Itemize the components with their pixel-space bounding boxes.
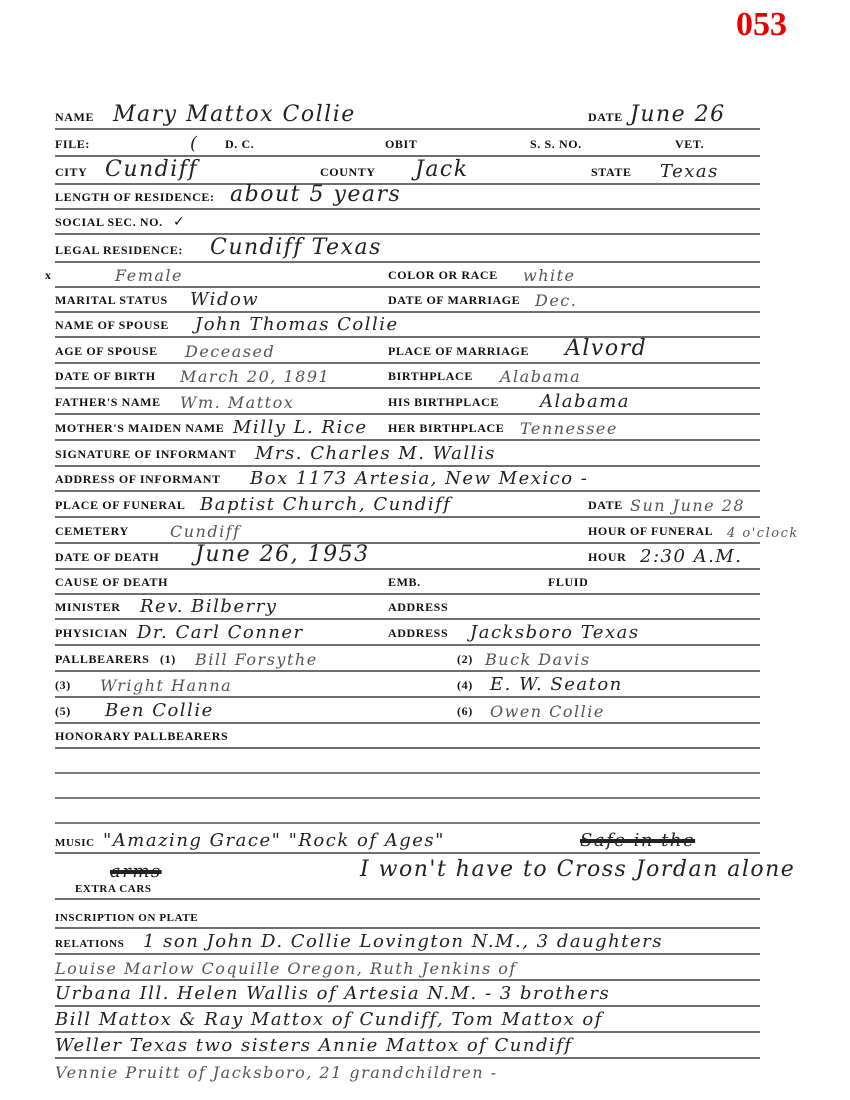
date-of-death-value: June 26, 1953 <box>195 542 370 567</box>
name-row: NAME Mary Mattox Collie DATE June 26 <box>55 103 760 130</box>
relations-row-5: Weller Texas two sisters Annie Mattox of… <box>55 1031 760 1059</box>
pallbearer-1-number: (1) <box>160 652 176 667</box>
place-of-marriage-label: PLACE OF MARRIAGE <box>388 344 529 359</box>
blank-line <box>55 797 760 799</box>
date-of-birth-label: DATE OF BIRTH <box>55 369 156 384</box>
length-of-residence-value: about 5 years <box>230 182 401 207</box>
date-of-death-row: DATE OF DEATH June 26, 1953 HOUR 2:30 A.… <box>55 543 760 570</box>
place-of-marriage-value: Alvord <box>565 336 647 361</box>
extra-cars-label: EXTRA CARS <box>75 883 152 895</box>
music-struck-song: Safe in the <box>580 830 695 851</box>
address-of-informant-label: ADDRESS OF INFORMANT <box>55 472 221 487</box>
inscription-on-plate-label: INSCRIPTION ON PLATE <box>55 912 198 924</box>
pallbearer-4-name: E. W. Seaton <box>490 674 623 695</box>
music-row: MUSIC "Amazing Grace" "Rock of Ages" Saf… <box>55 828 760 854</box>
date-of-marriage-value: Dec. <box>535 291 577 310</box>
music-label: MUSIC <box>55 837 95 849</box>
honorary-pallbearers-label: HONORARY PALLBEARERS <box>55 729 228 744</box>
pallbearer-5-name: Ben Collie <box>105 700 214 721</box>
sex-value: Female <box>115 266 183 285</box>
music-songs-value: "Amazing Grace" "Rock of Ages" <box>103 830 445 851</box>
minister-label: MINISTER <box>55 600 120 615</box>
date-of-birth-value: March 20, 1891 <box>180 367 330 386</box>
file-label: FILE: <box>55 137 90 152</box>
name-label: NAME <box>55 110 94 125</box>
emb-label: EMB. <box>388 575 421 590</box>
relations-line-5: Weller Texas two sisters Annie Mattox of… <box>55 1035 573 1056</box>
sex-label: x <box>45 268 52 283</box>
relations-line-6: Vennie Pruitt of Jacksboro, 21 grandchil… <box>55 1063 497 1082</box>
city-label: CITY <box>55 165 87 180</box>
date-value: June 26 <box>630 102 726 127</box>
checkmark-icon: ✓ <box>173 214 185 230</box>
name-of-spouse-label: NAME OF SPOUSE <box>55 318 169 333</box>
relations-row-3: Urbana Ill. Helen Wallis of Artesia N.M.… <box>55 979 760 1007</box>
state-label: STATE <box>591 165 632 180</box>
funeral-record-form: NAME Mary Mattox Collie DATE June 26 FIL… <box>0 0 850 1100</box>
cemetery-row: CEMETERY Cundiff HOUR OF FUNERAL 4 o'clo… <box>55 517 760 544</box>
pallbearer-4-number: (4) <box>457 678 473 693</box>
marital-status-value: Widow <box>190 289 259 310</box>
ss-no-label: S. S. NO. <box>530 137 582 152</box>
pallbearer-6-name: Owen Collie <box>490 702 605 721</box>
place-of-funeral-row: PLACE OF FUNERAL Baptist Church, Cundiff… <box>55 491 760 518</box>
physician-label: PHYSICIAN <box>55 626 128 641</box>
pallbearers-row-1: PALLBEARERS (1) Bill Forsythe (2) Buck D… <box>55 645 760 672</box>
minister-value: Rev. Bilberry <box>140 596 277 617</box>
pallbearer-3-name: Wright Hanna <box>100 676 232 695</box>
pallbearers-row-3: (5) Ben Collie (6) Owen Collie <box>55 697 760 724</box>
place-of-funeral-label: PLACE OF FUNERAL <box>55 498 186 513</box>
vet-label: VET. <box>675 137 704 152</box>
mothers-maiden-name-label: MOTHER'S MAIDEN NAME <box>55 421 224 436</box>
date-label: DATE <box>588 110 623 125</box>
age-of-spouse-label: AGE OF SPOUSE <box>55 344 158 359</box>
cause-of-death-row: CAUSE OF DEATH EMB. FLUID <box>55 568 760 595</box>
funeral-date-label: DATE <box>588 498 623 513</box>
length-of-residence-label: LENGTH OF RESIDENCE: <box>55 190 215 205</box>
signature-of-informant-label: SIGNATURE OF INFORMANT <box>55 447 236 462</box>
social-sec-row: SOCIAL SEC. NO. ✓ <box>55 208 760 235</box>
cemetery-value: Cundiff <box>170 522 241 541</box>
funeral-date-value: Sun June 28 <box>630 496 745 515</box>
hour-of-death-value: 2:30 A.M. <box>640 546 743 567</box>
cause-of-death-label: CAUSE OF DEATH <box>55 575 168 590</box>
physician-address-label: ADDRESS <box>388 626 448 641</box>
birthplace-value: Alabama <box>500 367 581 386</box>
his-birthplace-label: HIS BIRTHPLACE <box>388 395 499 410</box>
city-value: Cundiff <box>105 157 198 182</box>
obit-label: OBIT <box>385 137 417 152</box>
relations-line-4: Bill Mattox & Ray Mattox of Cundiff, Tom… <box>55 1009 603 1030</box>
pallbearer-2-number: (2) <box>457 652 473 667</box>
relations-label: RELATIONS <box>55 938 124 950</box>
relations-line-2: Louise Marlow Coquille Oregon, Ruth Jenk… <box>55 959 517 978</box>
marital-status-row: MARITAL STATUS Widow DATE OF MARRIAGE De… <box>55 286 760 313</box>
blank-line <box>55 822 760 824</box>
date-of-birth-row: DATE OF BIRTH March 20, 1891 BIRTHPLACE … <box>55 362 760 389</box>
fathers-name-value: Wm. Mattox <box>180 393 294 412</box>
fluid-label: FLUID <box>548 575 588 590</box>
county-value: Jack <box>415 157 469 182</box>
inscription-row: INSCRIPTION ON PLATE <box>55 903 760 929</box>
cemetery-label: CEMETERY <box>55 524 129 539</box>
extra-cars-row: EXTRA CARS <box>55 876 760 900</box>
his-birthplace-value: Alabama <box>540 391 630 412</box>
county-label: COUNTY <box>320 165 376 180</box>
minister-address-label: ADDRESS <box>388 600 448 615</box>
signature-of-informant-value: Mrs. Charles M. Wallis <box>255 443 496 464</box>
signature-row: SIGNATURE OF INFORMANT Mrs. Charles M. W… <box>55 440 760 467</box>
pallbearer-5-number: (5) <box>55 704 71 719</box>
date-of-death-label: DATE OF DEATH <box>55 550 159 565</box>
her-birthplace-value: Tennessee <box>520 419 618 438</box>
social-sec-label: SOCIAL SEC. NO. <box>55 215 163 230</box>
blank-line <box>55 772 760 774</box>
relations-line-3: Urbana Ill. Helen Wallis of Artesia N.M.… <box>55 983 610 1004</box>
relations-row-1: RELATIONS 1 son John D. Collie Lovington… <box>55 927 760 955</box>
relations-row-2: Louise Marlow Coquille Oregon, Ruth Jenk… <box>55 953 760 981</box>
legal-residence-row: LEGAL RESIDENCE: Cundiff Texas <box>55 236 760 263</box>
name-of-spouse-row: NAME OF SPOUSE John Thomas Collie <box>55 311 760 338</box>
pallbearers-row-2: (3) Wright Hanna (4) E. W. Seaton <box>55 671 760 698</box>
legal-residence-value: Cundiff Texas <box>210 235 382 260</box>
relations-row-4: Bill Mattox & Ray Mattox of Cundiff, Tom… <box>55 1005 760 1033</box>
pallbearer-3-number: (3) <box>55 678 71 693</box>
hour-of-funeral-label: HOUR OF FUNERAL <box>588 524 713 539</box>
pallbearer-6-number: (6) <box>457 704 473 719</box>
minister-row: MINISTER Rev. Bilberry ADDRESS <box>55 593 760 620</box>
length-of-residence-row: LENGTH OF RESIDENCE: about 5 years <box>55 183 760 210</box>
file-row: FILE: ( D. C. OBIT S. S. NO. VET. <box>55 130 760 157</box>
fathers-name-label: FATHER'S NAME <box>55 395 161 410</box>
city-row: CITY Cundiff COUNTY Jack STATE Texas <box>55 158 760 185</box>
name-value: Mary Mattox Collie <box>113 102 356 127</box>
mothers-maiden-name-value: Milly L. Rice <box>233 417 368 438</box>
sex-race-row: x Female COLOR OR RACE white <box>55 261 760 288</box>
physician-row: PHYSICIAN Dr. Carl Conner ADDRESS Jacksb… <box>55 619 760 646</box>
address-of-informant-row: ADDRESS OF INFORMANT Box 1173 Artesia, N… <box>55 465 760 492</box>
date-of-marriage-label: DATE OF MARRIAGE <box>388 293 520 308</box>
file-value: ( <box>190 133 199 154</box>
place-of-funeral-value: Baptist Church, Cundiff <box>200 494 451 515</box>
legal-residence-label: LEGAL RESIDENCE: <box>55 243 183 258</box>
address-of-informant-value: Box 1173 Artesia, New Mexico - <box>250 468 588 489</box>
mothers-maiden-name-row: MOTHER'S MAIDEN NAME Milly L. Rice HER B… <box>55 414 760 441</box>
age-of-spouse-row: AGE OF SPOUSE Deceased PLACE OF MARRIAGE… <box>55 337 760 364</box>
physician-value: Dr. Carl Conner <box>137 622 304 643</box>
honorary-pallbearers-row: HONORARY PALLBEARERS <box>55 722 760 749</box>
state-value: Texas <box>660 161 719 182</box>
physician-address-value: Jacksboro Texas <box>470 622 640 643</box>
pallbearer-2-name: Buck Davis <box>485 650 591 669</box>
pallbearers-label: PALLBEARERS <box>55 652 149 667</box>
age-of-spouse-value: Deceased <box>185 342 275 361</box>
her-birthplace-label: HER BIRTHPLACE <box>388 421 504 436</box>
hour-of-funeral-value: 4 o'clock <box>727 526 799 541</box>
pallbearer-1-name: Bill Forsythe <box>195 650 318 669</box>
hour-of-death-label: HOUR <box>588 550 626 565</box>
name-of-spouse-value: John Thomas Collie <box>195 314 399 335</box>
marital-status-label: MARITAL STATUS <box>55 293 168 308</box>
fathers-name-row: FATHER'S NAME Wm. Mattox HIS BIRTHPLACE … <box>55 388 760 415</box>
color-or-race-label: COLOR OR RACE <box>388 268 498 283</box>
relations-row-6: Vennie Pruitt of Jacksboro, 21 grandchil… <box>55 1057 760 1083</box>
color-or-race-value: white <box>523 266 576 285</box>
birthplace-label: BIRTHPLACE <box>388 369 473 384</box>
relations-line-1: 1 son John D. Collie Lovington N.M., 3 d… <box>143 931 663 952</box>
dc-label: D. C. <box>225 137 254 152</box>
